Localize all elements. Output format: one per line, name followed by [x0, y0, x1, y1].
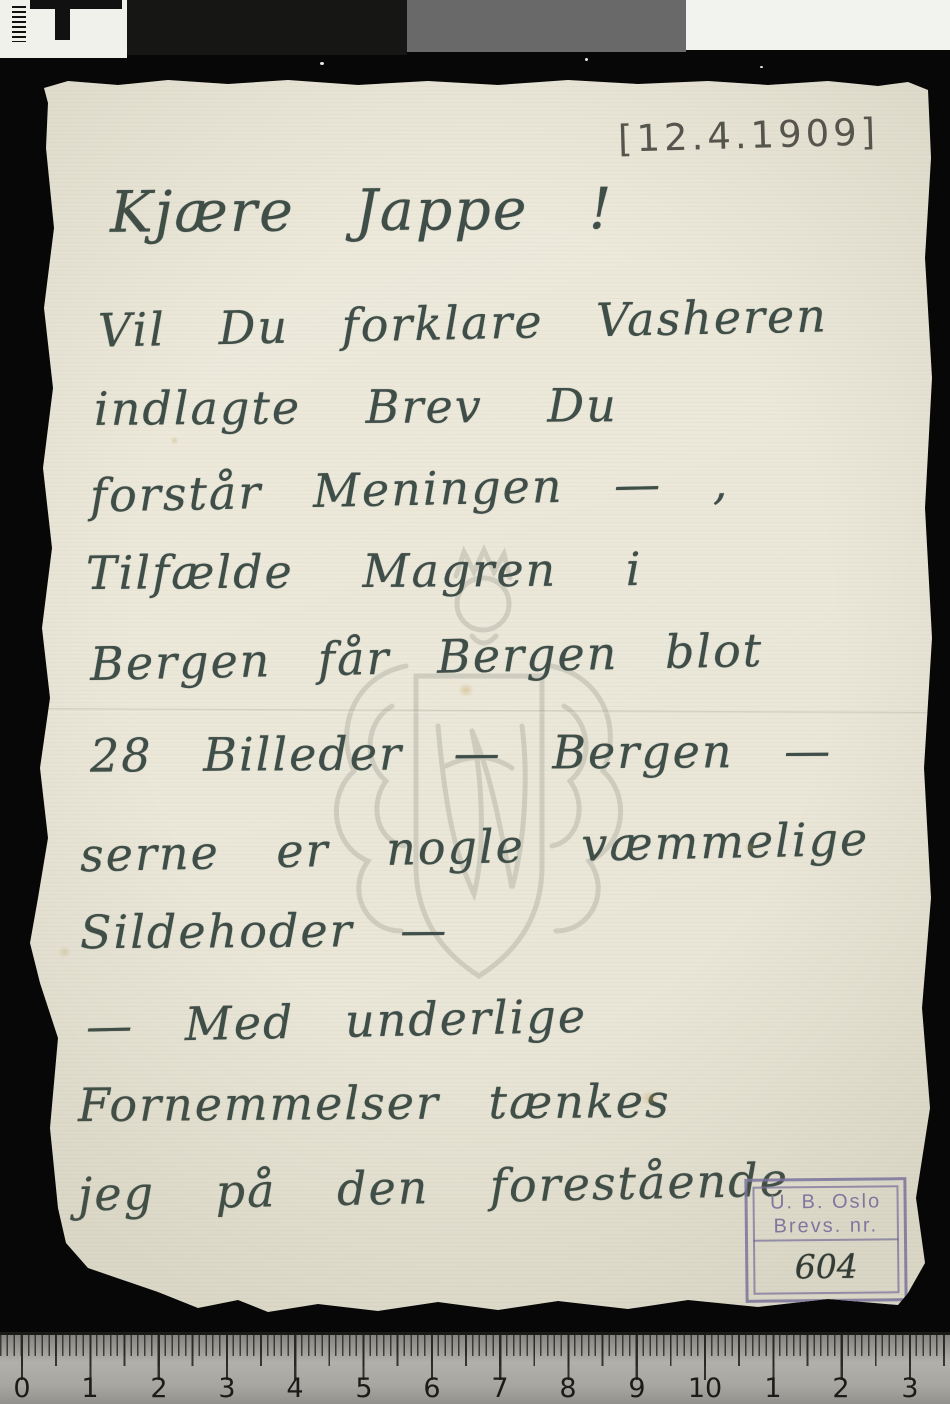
ruler-number: 4	[286, 1373, 303, 1404]
ruler-number: 3	[218, 1373, 235, 1404]
dust-speck	[760, 66, 763, 68]
registration-cross-icon	[55, 0, 70, 40]
calibration-ticks-icon	[12, 6, 26, 42]
letter-paper: [12.4.1909] Kjære Jappe ! Vil Du forklar…	[28, 78, 936, 1312]
ruler-number: 5	[355, 1373, 372, 1404]
ruler-scale-numbers: 0 1 2 3 4 5 6 7 8 9 10 1 2 3	[0, 1373, 950, 1404]
calibration-white-card	[0, 0, 127, 58]
dust-speck	[585, 58, 588, 61]
ruler-number: 2	[832, 1373, 849, 1404]
paper-vignette	[28, 78, 936, 1312]
ruler-number: 2	[150, 1373, 167, 1404]
calibration-white-patch	[686, 0, 950, 50]
letter-scan: [12.4.1909] Kjære Jappe ! Vil Du forklar…	[0, 0, 950, 1404]
ruler-number: 1	[764, 1373, 781, 1404]
calibration-black-patch	[127, 0, 407, 55]
ruler-number: 1	[81, 1373, 98, 1404]
registration-cross-icon	[30, 0, 122, 9]
measuring-ruler: 0 1 2 3 4 5 6 7 8 9 10 1 2 3	[0, 1332, 950, 1404]
ruler-number: 8	[559, 1373, 576, 1404]
ruler-number: 9	[628, 1373, 645, 1404]
ruler-number: 6	[423, 1373, 440, 1404]
calibration-gray-patch	[407, 0, 686, 52]
dust-speck	[320, 62, 324, 65]
ruler-number: 0	[13, 1373, 30, 1404]
ruler-number: 7	[491, 1373, 508, 1404]
ruler-number: 10	[688, 1373, 722, 1404]
ruler-number: 3	[901, 1373, 918, 1404]
